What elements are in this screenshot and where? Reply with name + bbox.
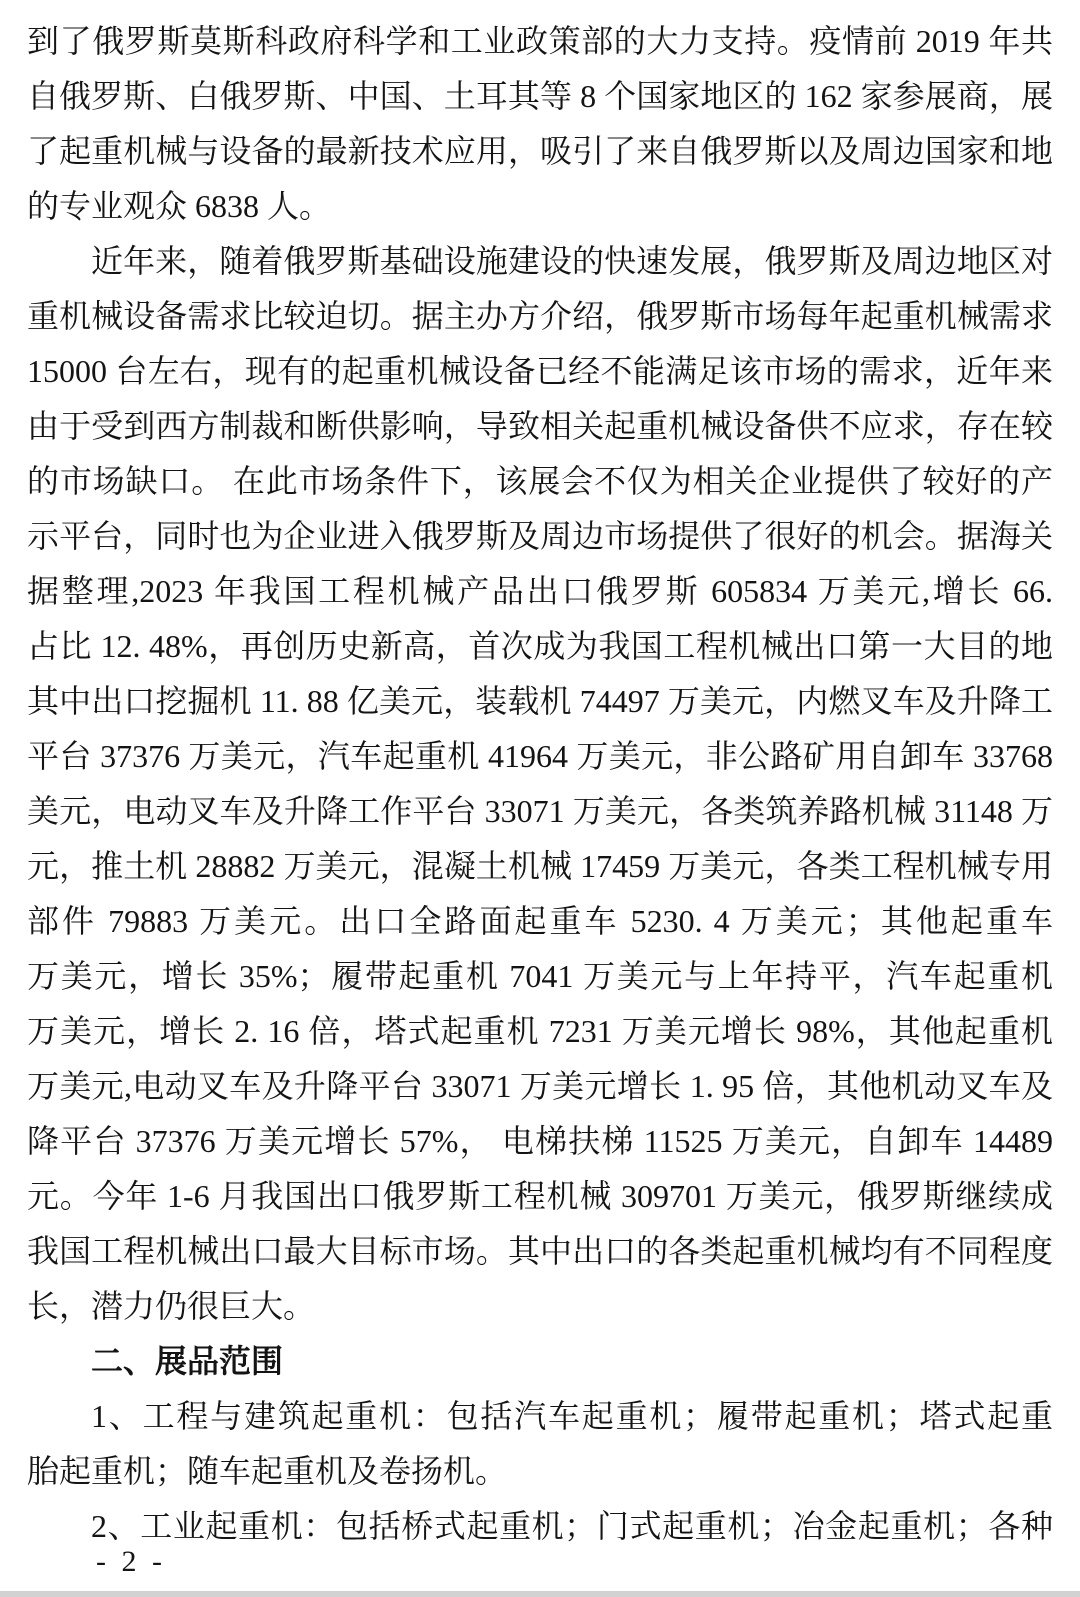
text-line: 据整理,2023 年我国工程机械产品出口俄罗斯 605834 万美元,增长 66… <box>27 564 1053 619</box>
document-page: 到了俄罗斯莫斯科政府科学和工业政策部的大力支持。疫情前 2019 年共有来自俄罗… <box>0 0 1080 1597</box>
text-line: 我国工程机械出口最大目标市场。其中出口的各类起重机械均有不同程度增 <box>27 1224 1053 1279</box>
text-line: 15000 台左右，现有的起重机械设备已经不能满足该市场的需求，近年来更 <box>27 344 1053 399</box>
text-line: 近年来，随着俄罗斯基础设施建设的快速发展，俄罗斯及周边地区对起 <box>27 234 1053 289</box>
text-line: 的市场缺口。 在此市场条件下，该展会不仅为相关企业提供了较好的产品展 <box>27 454 1053 509</box>
text-line: 平台 37376 万美元，汽车起重机 41964 万美元，非公路矿用自卸车 33… <box>27 729 1053 784</box>
text-line: 自俄罗斯、白俄罗斯、中国、土耳其等 8 个国家地区的 162 家参展商，展示 <box>27 69 1053 124</box>
text-line: 美元，电动叉车及升降工作平台 33071 万美元，各类筑养路机械 31148 万… <box>27 784 1053 839</box>
text-line: 胎起重机；随车起重机及卷扬机。 <box>27 1444 1053 1499</box>
text-line: 了起重机械与设备的最新技术应用，吸引了来自俄罗斯以及周边国家和地区 <box>27 124 1053 179</box>
page-edge-shadow <box>0 1591 1080 1597</box>
text-line: 降平台 37376 万美元增长 57%， 电梯扶梯 11525 万美元，自卸车 … <box>27 1114 1053 1169</box>
text-line: 万美元，增长 2. 16 倍，塔式起重机 7231 万美元增长 98%，其他起重… <box>27 1004 1053 1059</box>
text-line: 到了俄罗斯莫斯科政府科学和工业政策部的大力支持。疫情前 2019 年共有来 <box>27 14 1053 69</box>
text-line: 部件 79883 万美元。出口全路面起重车 5230. 4 万美元；其他起重车 … <box>27 894 1053 949</box>
text-line: 占比 12. 48%，再创历史新高，首次成为我国工程机械出口第一大目的地国。 <box>27 619 1053 674</box>
page-number: - 2 - <box>96 1545 166 1579</box>
section-heading: 二、展品范围 <box>27 1334 1053 1389</box>
text-line: 元，推土机 28882 万美元，混凝土机械 17459 万美元，各类工程机械专用… <box>27 839 1053 894</box>
text-line: 长，潜力仍很巨大。 <box>27 1279 1053 1334</box>
text-line: 的专业观众 6838 人。 <box>27 179 1053 234</box>
text-line: 其中出口挖掘机 11. 88 亿美元，装载机 74497 万美元，内燃叉车及升降… <box>27 674 1053 729</box>
document-body: 到了俄罗斯莫斯科政府科学和工业政策部的大力支持。疫情前 2019 年共有来自俄罗… <box>27 14 1053 1554</box>
text-line: 由于受到西方制裁和断供影响，导致相关起重机械设备供不应求，存在较大 <box>27 399 1053 454</box>
text-line: 2、工业起重机：包括桥式起重机；门式起重机；冶金起重机；各种专用 <box>27 1499 1053 1554</box>
text-line: 重机械设备需求比较迫切。据主办方介绍，俄罗斯市场每年起重机械需求在 <box>27 289 1053 344</box>
text-line: 万美元,电动叉车及升降平台 33071 万美元增长 1. 95 倍，其他机动叉车… <box>27 1059 1053 1114</box>
text-line: 示平台，同时也为企业进入俄罗斯及周边市场提供了很好的机会。据海关数 <box>27 509 1053 564</box>
text-line: 1、工程与建筑起重机：包括汽车起重机；履带起重机；塔式起重机；轮 <box>27 1389 1053 1444</box>
text-line: 元。今年 1-6 月我国出口俄罗斯工程机械 309701 万美元，俄罗斯继续成为 <box>27 1169 1053 1224</box>
text-line: 万美元，增长 35%；履带起重机 7041 万美元与上年持平，汽车起重机 241… <box>27 949 1053 1004</box>
